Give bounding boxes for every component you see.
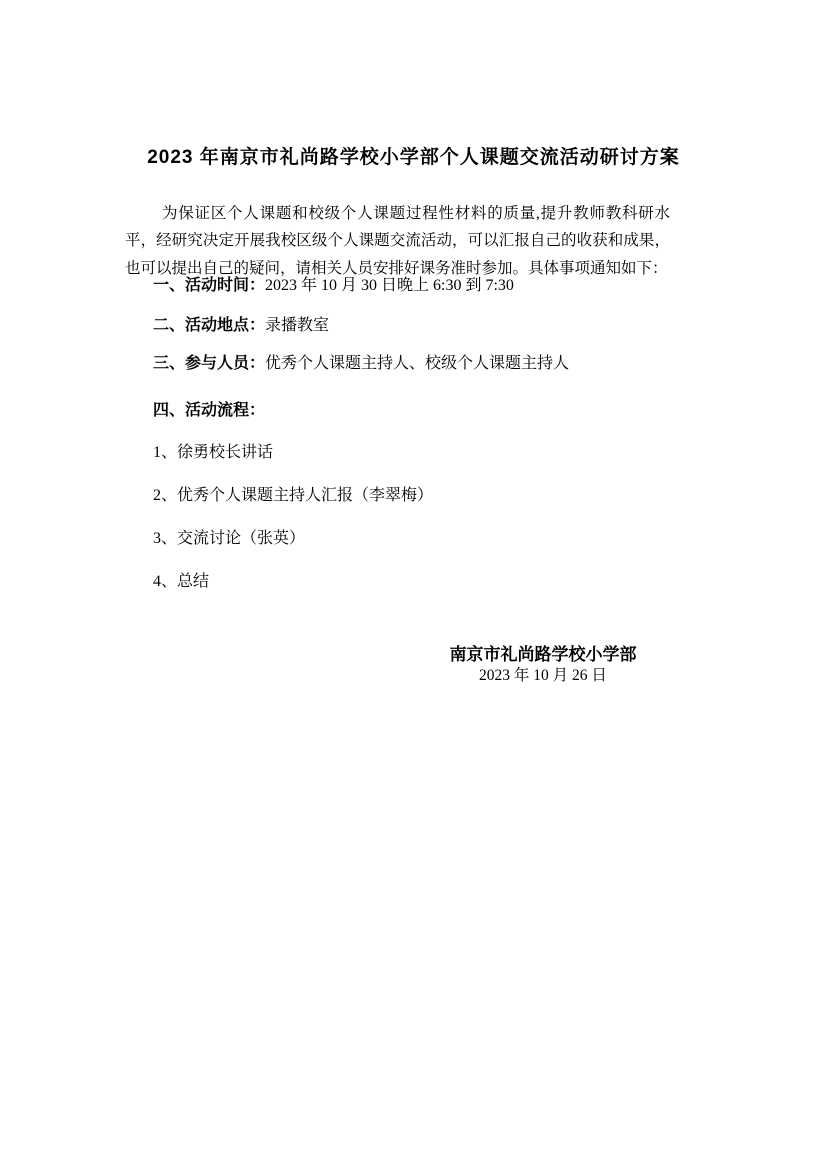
section-label: 三、参与人员： bbox=[153, 355, 265, 372]
section-content: 优秀个人课题主持人、校级个人课题主持人 bbox=[265, 355, 569, 372]
document-title: 2023 年南京市礼尚路学校小学部个人课题交流活动研讨方案 bbox=[0, 142, 827, 169]
document-page: 2023 年南京市礼尚路学校小学部个人课题交流活动研讨方案 为保证区个人课题和校… bbox=[0, 0, 827, 1170]
section-item-participants: 三、参与人员：优秀个人课题主持人、校级个人课题主持人 bbox=[153, 353, 713, 375]
section-label: 四、活动流程： bbox=[153, 402, 265, 419]
step-item-4: 4、总结 bbox=[153, 571, 713, 593]
step-item-1: 1、徐勇校长讲话 bbox=[153, 442, 713, 464]
signature-date: 2023 年 10 月 26 日 bbox=[350, 663, 736, 685]
intro-paragraph: 为保证区个人课题和校级个人课题过程性材料的质量,提升教师教科研水平，经研究决定开… bbox=[125, 200, 670, 283]
section-item-place: 二、活动地点：录播教室 bbox=[153, 315, 713, 337]
section-item-time: 一、活动时间：2023 年 10 月 30 日晚上 6:30 到 7:30 bbox=[153, 275, 713, 297]
section-item-procedure: 四、活动流程： bbox=[153, 400, 713, 422]
section-content: 录播教室 bbox=[265, 317, 329, 334]
section-label: 一、活动时间： bbox=[153, 277, 265, 294]
step-item-3: 3、交流讨论（张英） bbox=[153, 528, 713, 550]
section-content: 2023 年 10 月 30 日晚上 6:30 到 7:30 bbox=[265, 277, 514, 294]
section-label: 二、活动地点： bbox=[153, 317, 265, 334]
step-item-2: 2、优秀个人课题主持人汇报（李翠梅） bbox=[153, 485, 713, 507]
signature-organization: 南京市礼尚路学校小学部 bbox=[350, 640, 736, 665]
